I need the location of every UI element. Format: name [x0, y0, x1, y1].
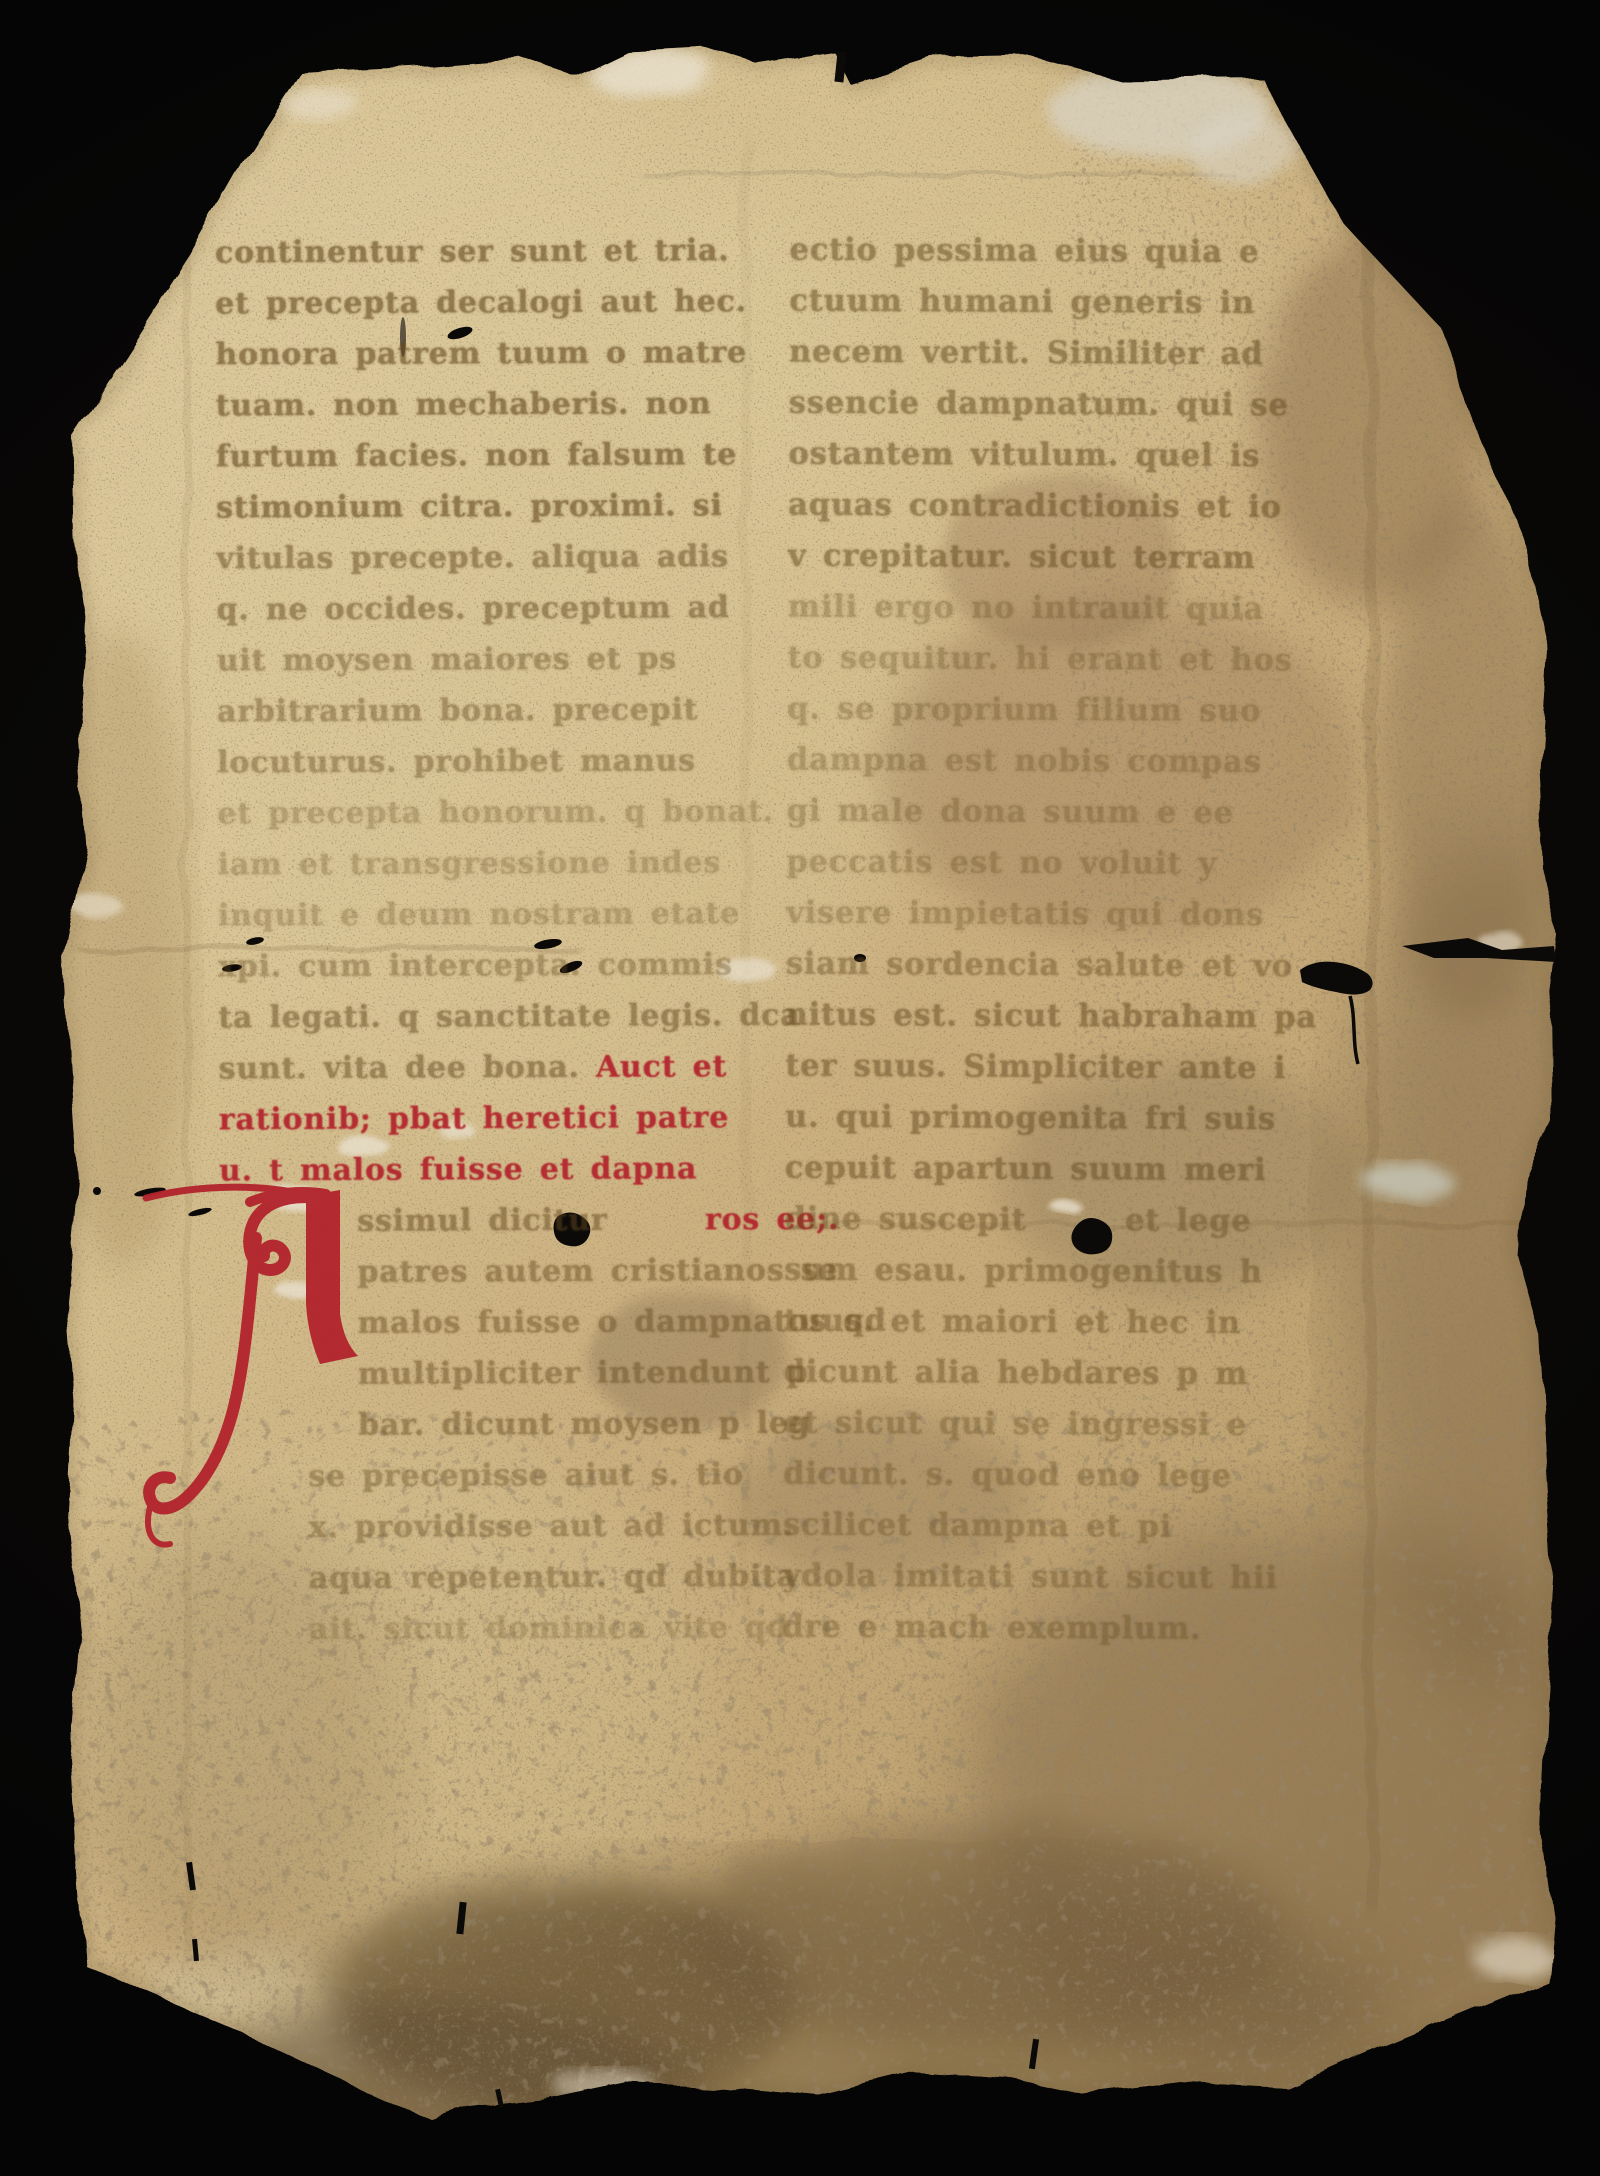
body-text	[607, 1202, 705, 1237]
body-text: sunt. vita dee bona.	[218, 1050, 596, 1087]
manuscript-text-line: furtum facies. non falsum te	[216, 429, 883, 483]
body-text: to sequitur. hi erant et hos	[787, 640, 1292, 679]
body-text: ydola imitati sunt sicut hii	[783, 1558, 1278, 1597]
body-text: aquas contradictionis et io	[788, 487, 1282, 526]
manuscript-text-line: cepuit apartun suum meri	[785, 1143, 1317, 1197]
body-text: locuturus. prohibet manus	[217, 743, 696, 780]
body-text: dicunt. s. quod eno lege	[783, 1456, 1232, 1494]
text-column-right: ectio pessima eius quia ectuum humani ge…	[782, 225, 1321, 1656]
body-text: dampna est nobis compas	[787, 742, 1262, 780]
manuscript-text-line: locuturus. prohibet manus	[217, 735, 884, 789]
body-text: iam et transgressione indes	[218, 845, 722, 882]
body-text: tuam. non mechaberis. non	[216, 386, 712, 423]
rubric-text: Auct et	[596, 1049, 727, 1085]
body-text: continentur ser sunt et tria.	[215, 233, 730, 270]
body-text: ctuum humani generis in	[789, 283, 1255, 321]
body-text: et precepta decalogi aut hec.	[215, 284, 747, 321]
manuscript-text-line: et sicut qui se ingressi e	[783, 1398, 1315, 1452]
manuscript-text-line: honora patrem tuum o matre	[215, 327, 882, 381]
body-text: ssencie dampnatum. qui se	[789, 385, 1289, 424]
body-text	[1026, 1202, 1125, 1239]
manuscript-text-line: ssencie dampnatum. qui se	[789, 378, 1321, 432]
body-text: scilicet dampna et pi	[783, 1507, 1172, 1545]
manuscript-text-line: necem vertit. Similiter ad	[789, 327, 1321, 381]
manuscript-text-line: dicunt alia hebdares p m	[784, 1347, 1316, 1401]
body-text: bar. dicunt moysen p leg	[358, 1406, 811, 1443]
manuscript-text-line: et precepta honorum. q bonat.	[217, 786, 884, 840]
manuscript-text-line: nitus est. sicut habraham pa	[785, 990, 1317, 1044]
manuscript-text-line: q. se proprium filium suo	[787, 684, 1319, 738]
manuscript-text-line: continentur ser sunt et tria.	[215, 225, 882, 279]
body-text: x. providisse aut ad ictum.	[308, 1508, 794, 1545]
body-text: gi male dona suum e ee	[787, 793, 1234, 831]
manuscript-text-line: et precepta decalogi aut hec.	[215, 276, 882, 330]
manuscript-text-line: stimonium citra. proximi. si	[216, 480, 883, 534]
body-text: siam sordencia salute et vo	[786, 946, 1293, 985]
body-text: aqua repetentur. qd dubita	[309, 1559, 797, 1596]
body-text: furtum facies. non falsum te	[216, 437, 737, 474]
body-text: v crepitatur. sicut terram	[788, 538, 1256, 576]
manuscript-text-line: arbitrarium bona. precepit	[217, 684, 884, 738]
manuscript-text-line: ydola imitati sunt sicut hii	[783, 1551, 1315, 1605]
rubric-text: u. t malos fuisse et dapna	[219, 1151, 697, 1188]
manuscript-text-line: ctuum humani generis in	[789, 276, 1321, 330]
body-text: necem vertit. Similiter ad	[789, 334, 1264, 372]
body-text: visere impietatis qui dons	[786, 895, 1264, 934]
manuscript-text-line: dre e mach exemplum.	[782, 1602, 1314, 1656]
manuscript-text-line: q. ne occides. preceptum ad	[216, 582, 883, 636]
body-text: multipliciter intendunt p	[358, 1355, 809, 1392]
manuscript-text-line: aquas contradictionis et io	[788, 480, 1320, 534]
manuscript-text-line: ectio pessima eius quia e	[789, 225, 1321, 279]
body-text: et sicut qui se ingressi e	[783, 1405, 1247, 1443]
body-text: honora patrem tuum o matre	[215, 335, 747, 372]
body-text: ta legati. q sanctitate legis. dca	[218, 998, 800, 1036]
body-text: tuus. et maiori et hec in	[784, 1303, 1241, 1341]
body-text: patres autem cristianos se	[357, 1253, 838, 1290]
body-text: arbitrarium bona. precepit	[217, 692, 698, 729]
body-text: vitulas precepte. aliqua adis	[216, 539, 729, 576]
body-text: et precepta honorum. q bonat.	[217, 794, 774, 831]
manuscript-text-line: dine suscepit et lege	[784, 1194, 1316, 1248]
body-text: ssimul dicitur	[357, 1203, 607, 1239]
manuscript-text-line: visere impietatis qui dons	[786, 888, 1318, 942]
body-text: q. se proprium filium suo	[787, 691, 1261, 729]
body-text: se precepisse aiut s. tio	[308, 1457, 743, 1494]
manuscript-text-line: u. qui primogenita fri suis	[785, 1092, 1317, 1146]
manuscript-text-line: uit moysen maiores et ps	[217, 633, 884, 687]
manuscript-text-line: peccatis est no voluit y	[786, 837, 1318, 891]
manuscript-text-line: inquit e deum nostram etate	[218, 888, 885, 942]
manuscript-text-line: ter suus. Simpliciter ante i	[785, 1041, 1317, 1095]
body-text: et lege	[1125, 1202, 1252, 1239]
body-text: mili ergo no intrauit quia	[788, 589, 1265, 627]
manuscript-text-line: tuus. et maiori et hec in	[784, 1296, 1316, 1350]
body-text: u. qui primogenita fri suis	[785, 1099, 1276, 1138]
manuscript-text-line: dampna est nobis compas	[787, 735, 1319, 789]
rubric-text: rationib; pbat heretici patre	[219, 1100, 730, 1137]
manuscript-text-line: iam et transgressione indes	[218, 837, 885, 891]
body-text: ostantem vitulum. quel is	[788, 436, 1260, 474]
manuscript-text-line: to sequitur. hi erant et hos	[787, 633, 1319, 687]
manuscript-photo: continentur ser sunt et tria.et precepta…	[0, 0, 1600, 2176]
body-text: nitus est. sicut habraham pa	[786, 997, 1318, 1036]
body-text: ait. sicut dominica vite qd	[309, 1610, 789, 1647]
manuscript-text-line: mili ergo no intrauit quia	[788, 582, 1320, 636]
body-text: stimonium citra. proximi. si	[216, 488, 723, 525]
body-text: dre e mach exemplum.	[782, 1609, 1201, 1647]
manuscript-text-line: gi male dona suum e ee	[787, 786, 1319, 840]
manuscript-text-line: v crepitatur. sicut terram	[788, 531, 1320, 585]
body-text: xpi. cum intercepta. commis	[218, 947, 733, 984]
body-text: dicunt alia hebdares p m	[784, 1354, 1249, 1392]
manuscript-text-line: tuam. non mechaberis. non	[216, 378, 883, 432]
manuscript-text-line: ostantem vitulum. quel is	[788, 429, 1320, 483]
body-text: ectio pessima eius quia e	[790, 232, 1260, 270]
body-text: sum esau. primogenitus h	[784, 1252, 1263, 1291]
manuscript-text-line: sum esau. primogenitus h	[784, 1245, 1316, 1299]
manuscript-text-line: siam sordencia salute et vo	[786, 939, 1318, 993]
body-text: cepuit apartun suum meri	[785, 1150, 1267, 1189]
manuscript-text-line: scilicet dampna et pi	[783, 1500, 1315, 1554]
manuscript-text-line: vitulas precepte. aliqua adis	[216, 531, 883, 585]
body-text: dine suscepit	[784, 1201, 1026, 1238]
manuscript-text-line: dicunt. s. quod eno lege	[783, 1449, 1315, 1503]
body-text: q. ne occides. preceptum ad	[216, 590, 729, 627]
body-text: uit moysen maiores et ps	[217, 641, 677, 678]
body-text: peccatis est no voluit y	[786, 844, 1217, 882]
body-text: ter suus. Simpliciter ante i	[785, 1048, 1286, 1087]
body-text: inquit e deum nostram etate	[218, 896, 740, 933]
